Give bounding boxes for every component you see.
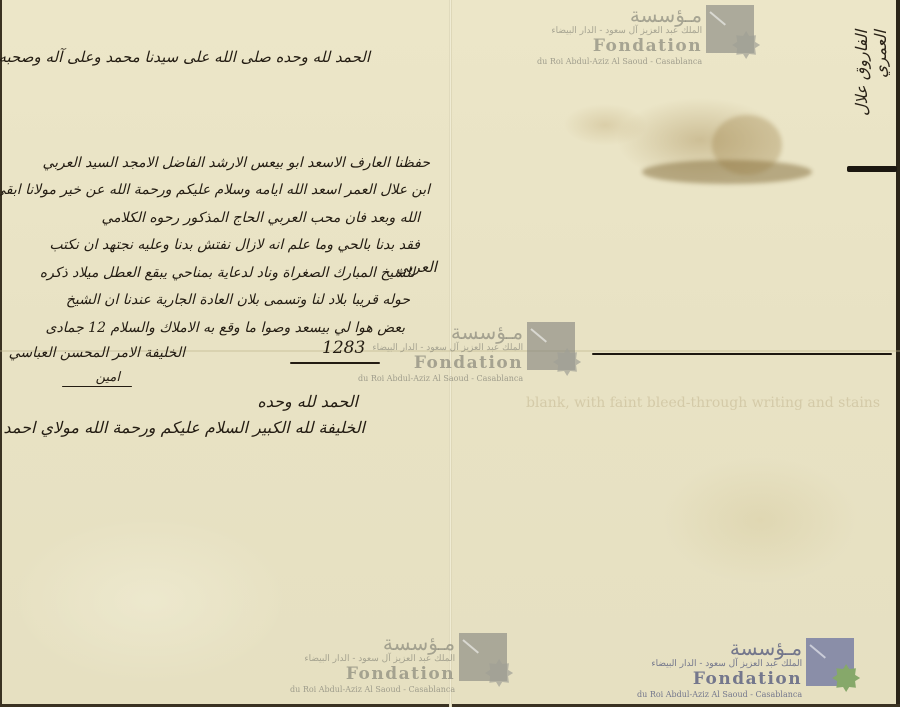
body-line-1: حفظنا العارف الاسعد ابو بيعس الارشد الفا… — [42, 155, 430, 171]
header-invocation: الحمد لله وحده صلى الله على سيدنا محمد و… — [0, 48, 370, 66]
watermark-top-right: مـؤسسة الملك عبد العزيز آل سعود - الدار … — [537, 5, 754, 66]
body-line-4: فقد بدنا بالحي وما علم انه لازال نفتش بد… — [49, 237, 420, 253]
right-page: الفاروق علال العمري blank, with faint bl… — [452, 0, 900, 707]
bleed-through-text: blank, with faint bleed-through writing … — [526, 395, 880, 411]
body-line-2: ابن علال العمر اسعد الله ايامه وسلام علي… — [0, 182, 430, 198]
foundation-logo-icon — [806, 638, 854, 686]
vertical-note: الفاروق علال العمري — [852, 30, 890, 160]
body-line-5: للشيخ المبارك الصغراة وناد لدعاية بمناحي… — [40, 265, 415, 281]
ink-blot — [847, 166, 897, 172]
water-stain — [712, 115, 782, 175]
signature-line-2: الخليفة لله الكبير السلام عليكم ورحمة ال… — [0, 418, 365, 437]
signature-line-1: الحمد لله وحده — [257, 392, 358, 411]
body-line-6: حوله قريبا بلاد لنا وتسمى بلان العادة ال… — [66, 292, 410, 308]
closing-line-1: الخليفة الامر المحسن العباسي — [9, 345, 185, 361]
margin-note: العربي — [396, 258, 437, 276]
closing-underline — [62, 386, 132, 387]
foundation-logo-icon — [706, 5, 754, 53]
body-line-7: بعض هوا لي بيسعد وصوا ما وقع به الاملاك … — [46, 320, 405, 336]
watermark-bottom-right: مـؤسسة الملك عبد العزيز آل سعود - الدار … — [637, 638, 854, 699]
ink-fold-line — [592, 353, 892, 355]
body-line-3: الله وبعد فان محب العربي الحاج المذكور ر… — [101, 210, 420, 226]
left-page: الحمد لله وحده صلى الله على سيدنا محمد و… — [0, 0, 450, 707]
closing-line-2: امين — [96, 370, 120, 385]
manuscript-sheet: الحمد لله وحده صلى الله على سيدنا محمد و… — [0, 0, 900, 707]
